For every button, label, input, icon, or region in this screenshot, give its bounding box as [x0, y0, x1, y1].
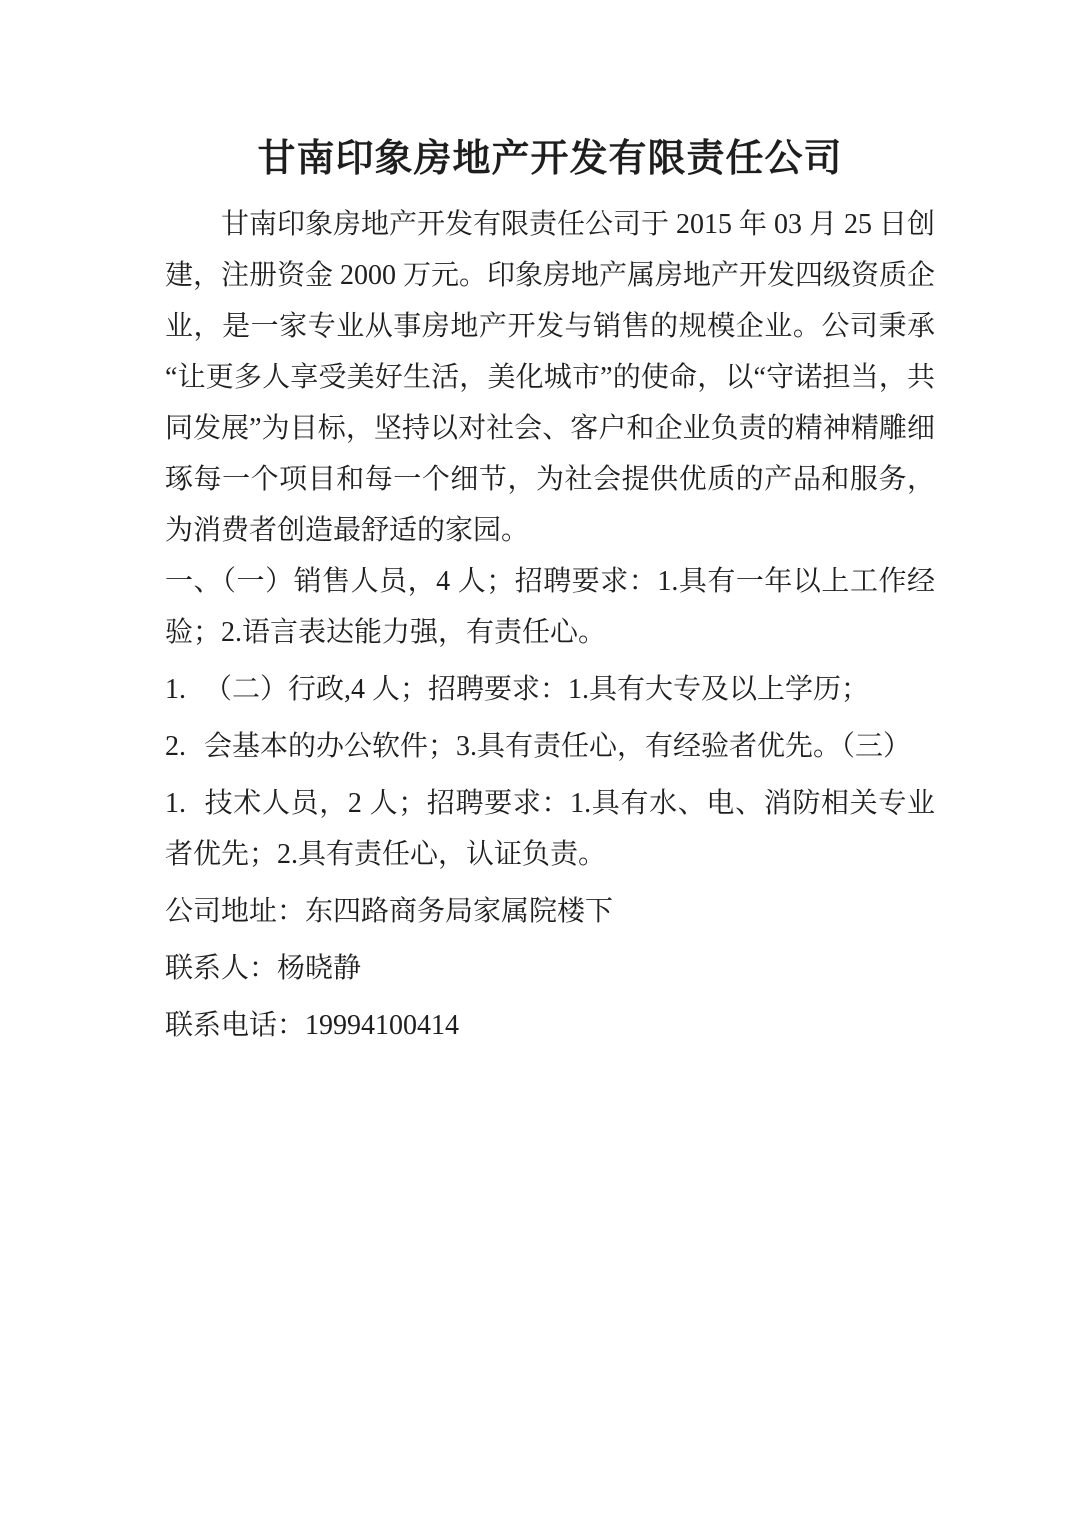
list-marker: 1. — [165, 674, 204, 705]
recruitment-admin-item: 1.（二）行政,4 人；招聘要求：1.具有大专及以上学历； — [165, 664, 935, 715]
list-item-text: （二）行政,4 人；招聘要求：1.具有大专及以上学历； — [204, 674, 869, 705]
company-address-line: 公司地址：东四路商务局家属院楼下 — [165, 886, 935, 937]
contact-phone-line: 联系电话：19994100414 — [165, 1000, 935, 1051]
document-title: 甘南印象房地产开发有限责任公司 — [165, 134, 935, 184]
list-item-text: 技术人员，2 人；招聘要求：1.具有水、电、消防相关专业者优先；2.具有责任心，… — [165, 788, 935, 870]
company-intro-paragraph: 甘南印象房地产开发有限责任公司于 2015 年 03 月 25 日创建，注册资金… — [165, 199, 935, 556]
list-marker: 2. — [165, 731, 204, 762]
contact-person-line: 联系人：杨晓静 — [165, 943, 935, 994]
recruitment-admin-item-2: 2.会基本的办公软件；3.具有责任心，有经验者优先。（三） — [165, 721, 935, 772]
recruitment-sales-paragraph: 一、（一）销售人员，4 人；招聘要求：1.具有一年以上工作经验；2.语言表达能力… — [165, 556, 935, 658]
list-marker: 1. — [165, 788, 204, 819]
recruitment-technical-item: 1.技术人员，2 人；招聘要求：1.具有水、电、消防相关专业者优先；2.具有责任… — [165, 778, 935, 880]
document-page: 甘南印象房地产开发有限责任公司 甘南印象房地产开发有限责任公司于 2015 年 … — [0, 0, 1080, 1527]
list-item-text: 会基本的办公软件；3.具有责任心，有经验者优先。（三） — [204, 731, 911, 762]
